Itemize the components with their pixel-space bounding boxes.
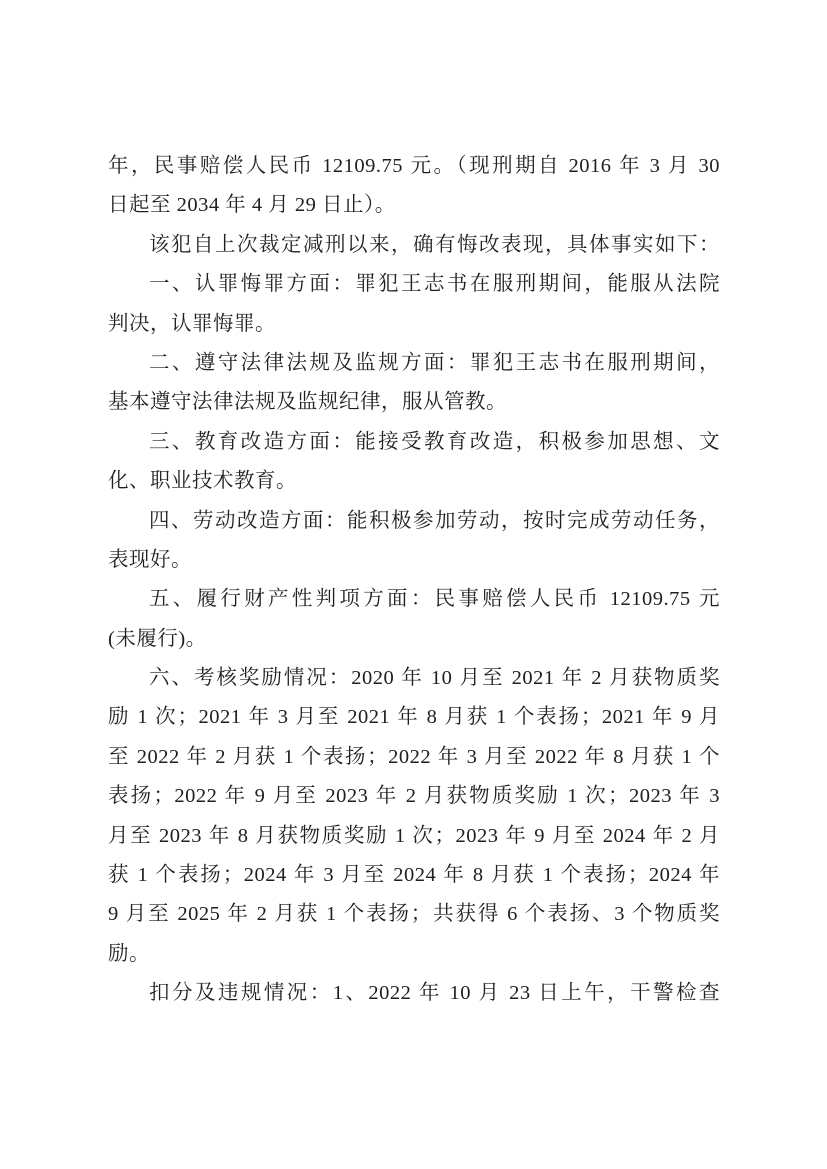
text-line: 三、教育改造方面：能接受教育改造，积极参加思想、文	[108, 423, 720, 462]
text-line: 励。	[108, 935, 720, 974]
text-block: 年，民事赔偿人民币 12109.75 元。（现刑期自 2016 年 3 月 30…	[108, 147, 720, 1014]
text-line: (未履行)。	[108, 620, 720, 659]
text-line: 基本遵守法律法规及监规纪律，服从管教。	[108, 383, 720, 422]
text-line: 该犯自上次裁定减刑以来，确有悔改表现，具体事实如下：	[108, 226, 720, 265]
text-line: 励 1 次；2021 年 3 月至 2021 年 8 月获 1 个表扬；2021…	[108, 698, 720, 737]
text-line: 月至 2023 年 8 月获物质奖励 1 次；2023 年 9 月至 2024 …	[108, 817, 720, 856]
text-line: 扣分及违规情况：1、2022 年 10 月 23 日上午，干警检查	[108, 974, 720, 1013]
text-line: 至 2022 年 2 月获 1 个表扬；2022 年 3 月至 2022 年 8…	[108, 738, 720, 777]
text-line: 获 1 个表扬；2024 年 3 月至 2024 年 8 月获 1 个表扬；20…	[108, 856, 720, 895]
document-page: 年，民事赔偿人民币 12109.75 元。（现刑期自 2016 年 3 月 30…	[0, 0, 827, 1169]
text-line: 五、履行财产性判项方面：民事赔偿人民币 12109.75 元	[108, 580, 720, 619]
text-line: 二、遵守法律法规及监规方面：罪犯王志书在服刑期间，	[108, 344, 720, 383]
text-line: 一、认罪悔罪方面：罪犯王志书在服刑期间，能服从法院	[108, 265, 720, 304]
text-line: 表现好。	[108, 541, 720, 580]
text-line: 9 月至 2025 年 2 月获 1 个表扬；共获得 6 个表扬、3 个物质奖	[108, 895, 720, 934]
text-line: 判决，认罪悔罪。	[108, 305, 720, 344]
text-line: 日起至 2034 年 4 月 29 日止）。	[108, 186, 720, 225]
text-line: 表扬；2022 年 9 月至 2023 年 2 月获物质奖励 1 次；2023 …	[108, 777, 720, 816]
text-line: 六、考核奖励情况：2020 年 10 月至 2021 年 2 月获物质奖	[108, 659, 720, 698]
text-line: 四、劳动改造方面：能积极参加劳动，按时完成劳动任务，	[108, 502, 720, 541]
text-line: 年，民事赔偿人民币 12109.75 元。（现刑期自 2016 年 3 月 30	[108, 147, 720, 186]
text-line: 化、职业技术教育。	[108, 462, 720, 501]
